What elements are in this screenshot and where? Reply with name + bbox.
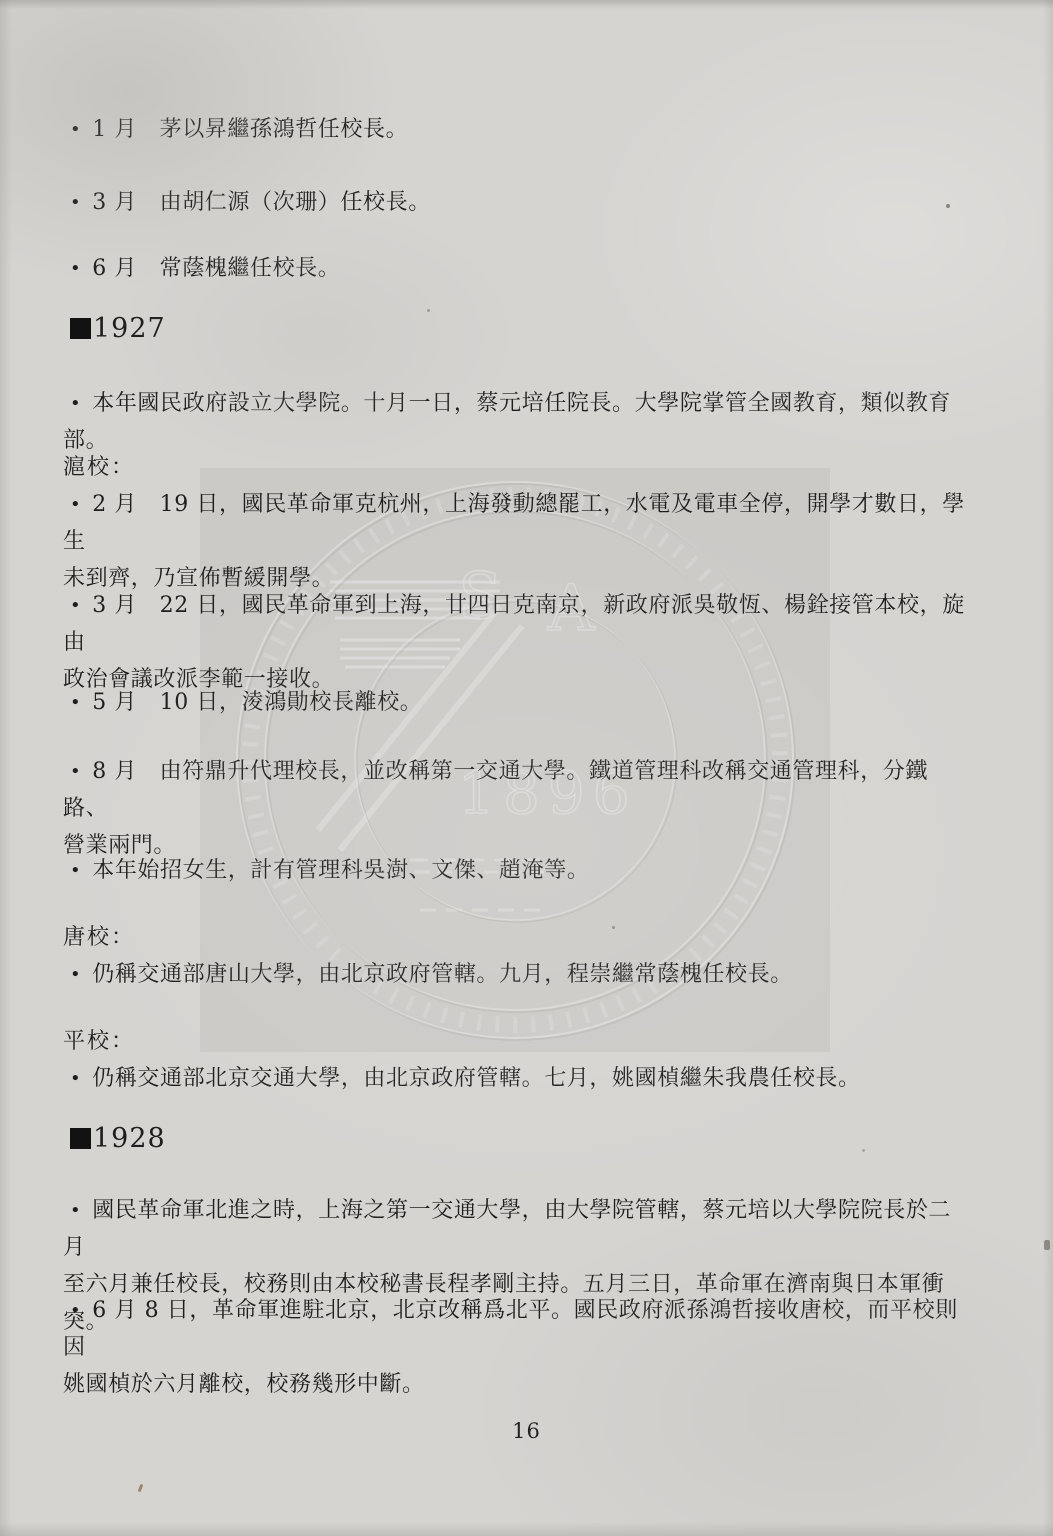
section-label-tangshan-campus: 唐校： [63, 920, 135, 951]
paper-speck [862, 1149, 865, 1152]
page-number: 16 [0, 1419, 1053, 1443]
entry-text: 仍稱交通部北京交通大學，由北京政府管轄。七月，姚國楨繼朱我農任校長。 [92, 1066, 860, 1091]
timeline-entry: •1 月 茅以昇繼孫鴻哲任校長。 [63, 111, 968, 148]
bullet-icon: • [70, 192, 81, 213]
paper-speck [612, 926, 615, 929]
bullet-icon: • [70, 393, 81, 414]
timeline-entry: •2 月 19 日，國民革命軍克杭州，上海發動總罷工，水電及電車全停，開學才數日… [63, 486, 968, 597]
entry-text: 1 月 茅以昇繼孫鴻哲任校長。 [92, 117, 408, 142]
entry-text: 6 月 8 日，革命軍進駐北京，北京改稱爲北平。國民政府派孫鴻哲接收唐校，而平校… [63, 1298, 958, 1397]
timeline-entry: •仍稱交通部北京交通大學，由北京政府管轄。七月，姚國楨繼朱我農任校長。 [63, 1060, 968, 1097]
timeline-entry: •仍稱交通部唐山大學，由北京政府管轄。九月，程崇繼常蔭槐任校長。 [63, 956, 968, 993]
entry-text: 5 月 10 日，淩鴻勛校長離校。 [92, 690, 422, 715]
entry-text: 2 月 19 日，國民革命軍克杭州，上海發動總罷工，水電及電車全停，開學才數日，… [63, 492, 965, 591]
section-label-peking-campus: 平校： [63, 1024, 135, 1055]
timeline-entry: •本年始招女生，計有管理科吳澍、文傑、趙淹等。 [63, 852, 968, 889]
bullet-icon: • [70, 1300, 81, 1321]
year-label: 1927 [93, 313, 166, 344]
bullet-icon: • [70, 692, 81, 713]
bullet-icon: • [70, 119, 81, 140]
bullet-icon: • [70, 860, 81, 881]
scanned-document-page: S A 1896 •1 月 茅以昇繼孫鴻哲任校長。 •3 月 由胡仁源（次珊）任… [0, 0, 1053, 1536]
bullet-icon: • [70, 1200, 81, 1221]
entry-text: 6 月 常蔭槐繼任校長。 [92, 256, 340, 281]
year-marker-square-icon [70, 1128, 91, 1149]
section-label-shanghai-campus: 滬校： [63, 450, 135, 481]
timeline-entry: •5 月 10 日，淩鴻勛校長離校。 [63, 684, 968, 721]
paper-speck [1044, 1240, 1050, 1250]
paper-speck [946, 204, 950, 208]
entry-text: 仍稱交通部唐山大學，由北京政府管轄。九月，程崇繼常蔭槐任校長。 [92, 962, 793, 987]
timeline-entry: •6 月 8 日，革命軍進駐北京，北京改稱爲北平。國民政府派孫鴻哲接收唐校，而平… [63, 1292, 968, 1403]
timeline-entry: •本年國民政府設立大學院。十月一日，蔡元培任院長。大學院掌管全國教育，類似教育部… [63, 385, 968, 459]
bullet-icon: • [70, 1068, 81, 1089]
bullet-icon: • [70, 258, 81, 279]
year-heading-1928: 1928 [70, 1123, 166, 1154]
entry-text: 本年始招女生，計有管理科吳澍、文傑、趙淹等。 [92, 858, 589, 883]
entry-text: 3 月 由胡仁源（次珊）任校長。 [92, 190, 431, 215]
paper-speck [427, 309, 430, 312]
timeline-entry: •3 月 由胡仁源（次珊）任校長。 [63, 184, 968, 221]
timeline-entry: •6 月 常蔭槐繼任校長。 [63, 250, 968, 287]
paper-speck [138, 1484, 144, 1493]
entry-text: 3 月 22 日，國民革命軍到上海，廿四日克南京，新政府派吳敬恆、楊銓接管本校，… [63, 593, 965, 692]
bullet-icon: • [70, 761, 81, 782]
bullet-icon: • [70, 494, 81, 515]
bullet-icon: • [70, 595, 81, 616]
timeline-entry: •8 月 由符鼎升代理校長，並改稱第一交通大學。鐵道管理科改稱交通管理科，分鐵路… [63, 753, 968, 864]
entry-text: 8 月 由符鼎升代理校長，並改稱第一交通大學。鐵道管理科改稱交通管理科，分鐵路、… [63, 759, 928, 858]
year-marker-square-icon [70, 318, 91, 339]
year-label: 1928 [93, 1123, 166, 1154]
bullet-icon: • [70, 964, 81, 985]
timeline-entry: •3 月 22 日，國民革命軍到上海，廿四日克南京，新政府派吳敬恆、楊銓接管本校… [63, 587, 968, 698]
year-heading-1927: 1927 [70, 313, 166, 344]
entry-text: 本年國民政府設立大學院。十月一日，蔡元培任院長。大學院掌管全國教育，類似教育部。 [63, 391, 951, 453]
